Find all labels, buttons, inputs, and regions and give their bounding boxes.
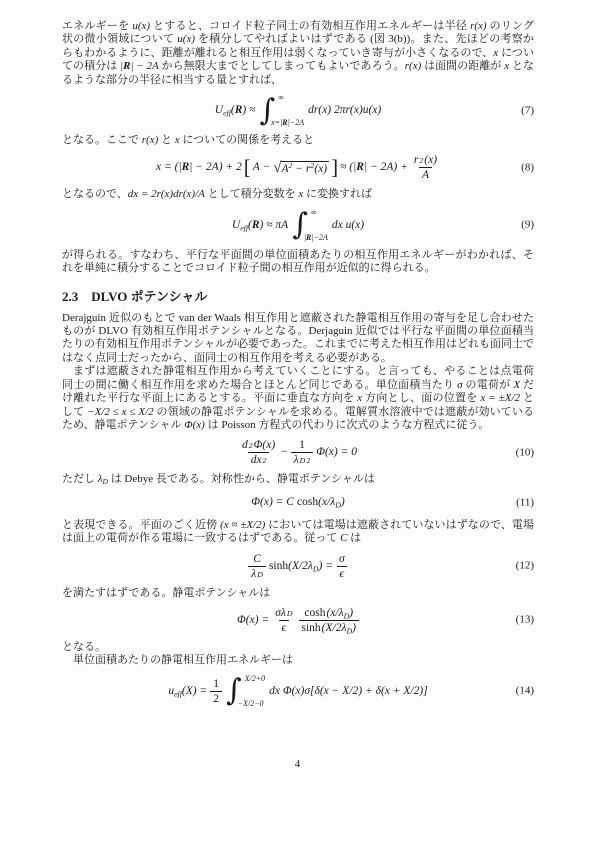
paragraph-after-eq9: が得られる。すなわち、平行な平面間の単位面積あたりの相互作用エネルギーがわかれば… <box>62 249 534 276</box>
eq13-f1-num: σλD <box>272 607 295 620</box>
page-number: 4 <box>0 758 595 771</box>
equation-number-9: (9) <box>521 219 534 232</box>
eq12-fraction-2: σ ϵ <box>336 553 348 580</box>
eq14-lower-limit: −X/2−0 <box>238 700 266 708</box>
inline-math: dx = 2r(x)dr(x)/A <box>128 188 205 200</box>
eq11-argument: (x/λD) <box>318 496 345 509</box>
paragraph-after-eq11: と表現できる。平面のごく近傍 (x ≈ ±X/2) においては電場は遮蔽されてい… <box>62 519 534 546</box>
equation-9: Ueff(R) ≈ πA ∫ ∞ |R|−2A dx u(x) (9) <box>62 209 534 242</box>
paragraph-dlvo-1: Derajguin 近似のもとで van der Waals 相互作用と遮蔽され… <box>62 312 534 366</box>
text-run: が得られる。すなわち、平行な平面間の単位面積あたりの相互作用エネルギーがわかれば… <box>62 249 534 274</box>
equation-number-10: (10) <box>516 446 534 459</box>
eq14-integral: ∫ X/2+0 −X/2−0 <box>226 675 265 708</box>
eq9-lower-limit: |R|−2A <box>304 234 328 242</box>
eq8-frac-den: A <box>419 167 432 181</box>
eq10-f1-num: d2Φ(x) <box>239 439 278 452</box>
eq7-lower-limit: x=|R|−2A <box>271 119 304 127</box>
eq14-integrand: dx Φ(x)σ[δ(x − X/2) + δ(x + X/2)] <box>269 685 428 698</box>
eq8-fraction: r2(x) A <box>411 154 440 181</box>
eq8-inner: A − <box>253 161 270 174</box>
eq13-f2-num-arg: (x/λD) <box>326 607 353 619</box>
paragraph-after-eq13: となる。 <box>62 641 534 654</box>
text-run: として積分変数を <box>205 188 299 200</box>
text-run: Derajguin 近似のもとで van der Waals 相互作用と遮蔽され… <box>62 312 534 364</box>
paragraph-after-eq7: となる。ここで r(x) と x についての関係を考えると <box>62 134 534 147</box>
eq12-function: sinh <box>269 560 288 573</box>
section-heading: 2.3DLVO ポテンシャル <box>62 289 534 304</box>
eq9-integral: ∫ ∞ |R|−2A <box>292 209 328 242</box>
eq10-rhs: Φ(x) = 0 <box>316 446 357 459</box>
eq13-f2-den: sinh (X/2λD) <box>299 620 359 634</box>
paragraph-before-eq14: 単位面積あたりの静電相互作用エネルギーは <box>62 654 534 667</box>
eq13-f2-num-fn: cosh <box>304 607 325 619</box>
inline-math: r(x) <box>142 134 159 146</box>
paragraph-after-eq12: を満たすはずである。静電ポテンシャルは <box>62 587 534 600</box>
paragraph-after-eq8: となるので、dx = 2r(x)dr(x)/A として積分変数を x に変換すれ… <box>62 188 534 201</box>
eq8-frac-num: r2(x) <box>411 154 440 167</box>
eq12-fraction-1: C λD <box>248 553 266 580</box>
eq7-lhs: Ueff(R) ≈ <box>215 104 256 117</box>
eq9-upper-limit: ∞ <box>311 209 328 217</box>
equation-number-8: (8) <box>521 161 534 174</box>
equation-number-13: (13) <box>516 614 534 627</box>
eq10-f2-den: λD2 <box>291 452 314 466</box>
text-run: 単位面積あたりの静電相互作用エネルギーは <box>73 654 293 666</box>
inline-math: x = ±X/2 <box>480 392 520 404</box>
paragraph-intro: エネルギーを u(x) とすると、コロイド粒子同士の有効相互作用エネルギーは半径… <box>62 20 534 87</box>
eq13-f2-den-arg: (X/2λD) <box>322 622 356 634</box>
minus-operator: − <box>281 446 288 459</box>
left-bracket-icon: [ <box>244 157 251 177</box>
eq12-f1-den: λD <box>248 566 266 580</box>
text-run: は Debye 長である。対称性から、静電ポテンシャルは <box>108 473 375 485</box>
equation-10: d2Φ(x) dx2 − 1 λD2 Φ(x) = 0 (10) <box>62 439 534 466</box>
text-run: は <box>347 532 361 544</box>
eq13-fraction-1: σλD ϵ <box>272 607 295 634</box>
equation-11: Φ(x) = C cosh (x/λD) (11) <box>62 494 534 512</box>
eq11-lhs: Φ(x) = C <box>251 496 294 509</box>
text-run: 方向とし、面の位置を <box>362 392 480 404</box>
text-run: ただし <box>62 473 98 485</box>
section-number: 2.3 <box>62 289 78 304</box>
text-run: は Poisson 方程式の代わりに次式のような方程式に従う。 <box>205 419 489 431</box>
right-bracket-icon: ] <box>331 157 338 177</box>
text-run: は面間の距離が <box>421 60 504 72</box>
text-run: から無限大までとしてしまってもよいであろう。 <box>159 60 405 72</box>
eq10-fraction-1: d2Φ(x) dx2 <box>239 439 278 466</box>
text-run: に変換すれば <box>303 188 372 200</box>
eq14-fraction: 1 2 <box>210 678 222 705</box>
eq8-square-root: √ A2 − r2(x) <box>273 161 329 175</box>
equation-8: x = (|R| − 2A) + 2 [ A − √ A2 − r2(x) ] … <box>62 154 534 181</box>
text-run: となる。ここで <box>62 134 142 146</box>
inline-math: (x ≈ ±X/2) <box>220 519 265 531</box>
inline-math: λD <box>98 473 108 485</box>
inline-math: |R| − 2A <box>120 60 159 72</box>
eq10-f2-num: 1 <box>296 439 308 452</box>
paragraph-dlvo-2: まずは遮蔽された静電相互作用から考えていくことにする。と言っても、やることは点電… <box>62 365 534 432</box>
eq14-lhs: ueff(X) = <box>168 685 207 698</box>
text-run: とすると、コロイド粒子同士の有効相互作用エネルギーは半径 <box>150 20 470 32</box>
eq13-lhs: Φ(x) = <box>237 614 269 627</box>
equation-number-14: (14) <box>516 685 534 698</box>
eq11-function: cosh <box>297 496 318 509</box>
eq12-argument: (X/2λD) = <box>288 560 333 573</box>
inline-math: u(x) <box>132 20 150 32</box>
inline-math: u(x) <box>177 33 195 45</box>
eq10-f1-den: dx2 <box>248 452 270 466</box>
equation-7: Ueff(R) ≈ ∫ ∞ x=|R|−2A dr(x) 2πr(x)u(x) … <box>62 94 534 127</box>
document-page: エネルギーを u(x) とすると、コロイド粒子同士の有効相互作用エネルギーは半径… <box>0 0 595 841</box>
inline-math: r(x) <box>470 20 487 32</box>
text-run: エネルギーを <box>62 20 132 32</box>
eq8-mid: ≈ (|R| − 2A) + <box>340 161 408 174</box>
text-run: を満たすはずである。静電ポテンシャルは <box>62 587 270 599</box>
equation-number-12: (12) <box>516 559 534 572</box>
eq9-lhs: Ueff(R) ≈ πA <box>232 219 288 232</box>
eq7-integral: ∫ ∞ x=|R|−2A <box>259 94 304 127</box>
eq14-f-den: 2 <box>210 691 222 705</box>
equation-12: C λD sinh (X/2λD) = σ ϵ (12) <box>62 553 534 580</box>
eq8-radicand: A2 − r2(x) <box>281 161 329 175</box>
eq14-upper-limit: X/2+0 <box>245 675 266 683</box>
eq10-fraction-2: 1 λD2 <box>291 439 314 466</box>
paragraph-after-eq10: ただし λD は Debye 長である。対称性から、静電ポテンシャルは <box>62 473 534 486</box>
eq8-lead: x = (|R| − 2A) + 2 <box>156 161 242 174</box>
eq7-integrand: dr(x) 2πr(x)u(x) <box>308 104 381 117</box>
eq12-f1-num: C <box>250 553 264 566</box>
text-run: と <box>158 134 175 146</box>
eq13-f2-num: cosh (x/λD) <box>301 607 356 620</box>
eq12-f2-num: σ <box>336 553 348 566</box>
equation-13: Φ(x) = σλD ϵ cosh (x/λD) sinh (X/2λD) (1… <box>62 607 534 634</box>
inline-math: Φ(x) <box>184 419 205 431</box>
eq13-f1-den: ϵ <box>279 620 290 634</box>
section-title: DLVO ポテンシャル <box>91 289 207 304</box>
inline-math: −X/2 ≤ x ≤ X/2 <box>87 406 153 418</box>
text-run: と表現できる。平面のごく近傍 <box>62 519 220 531</box>
eq9-integrand: dx u(x) <box>332 219 364 232</box>
equation-number-11: (11) <box>516 496 534 509</box>
equation-number-7: (7) <box>521 104 534 117</box>
inline-math: r(x) <box>405 60 422 72</box>
text-run: となるので、 <box>62 188 128 200</box>
eq13-f2-den-fn: sinh <box>302 622 321 634</box>
text-run: についての関係を考えると <box>180 134 315 146</box>
eq12-f2-den: ϵ <box>337 566 348 580</box>
text-run: となる。 <box>62 641 106 653</box>
eq7-upper-limit: ∞ <box>278 94 304 102</box>
text-run: の電荷が <box>463 379 514 391</box>
eq14-f-num: 1 <box>210 678 222 691</box>
eq13-fraction-2: cosh (x/λD) sinh (X/2λD) <box>299 607 359 634</box>
equation-14: ueff(X) = 1 2 ∫ X/2+0 −X/2−0 dx Φ(x)σ[δ(… <box>62 675 534 708</box>
